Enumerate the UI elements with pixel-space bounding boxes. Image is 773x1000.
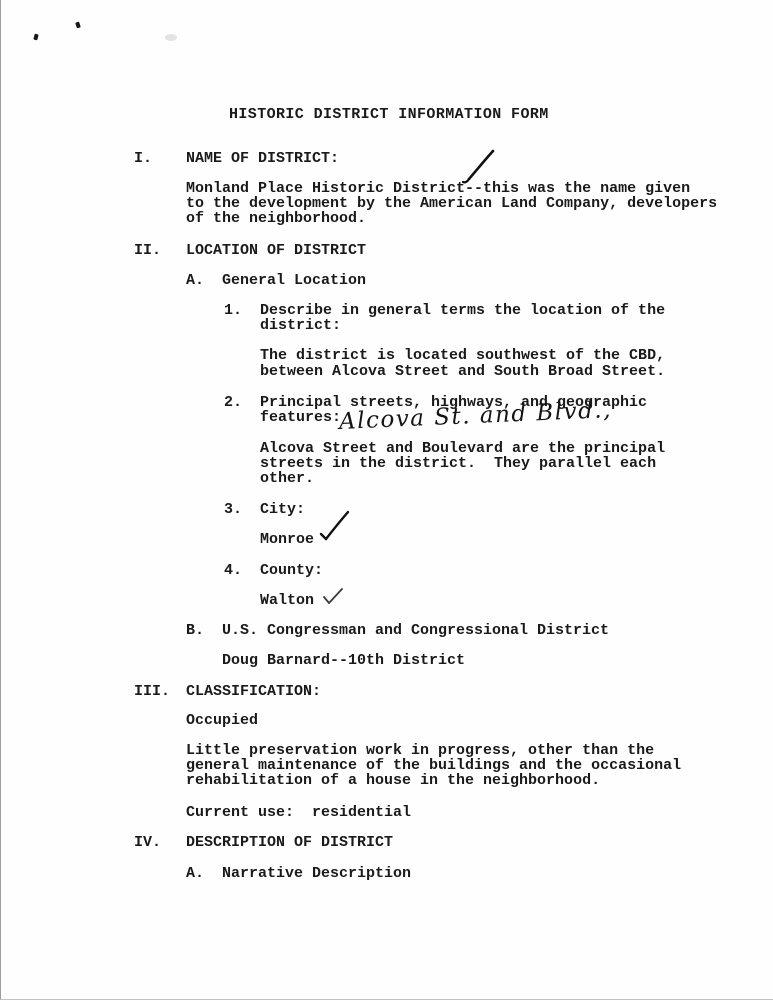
section-heading: DESCRIPTION OF DISTRICT xyxy=(186,835,393,851)
answer-line: Monroe xyxy=(260,532,314,548)
list-item-line: City: xyxy=(260,502,305,518)
answer-line: between Alcova Street and South Broad St… xyxy=(260,364,665,380)
answer-line: The district is located southwest of the… xyxy=(260,348,665,364)
section-number: I. xyxy=(134,151,152,167)
answer-line: Walton xyxy=(260,593,314,609)
handwritten-checkmark-icon xyxy=(321,586,345,606)
section-number: III. xyxy=(134,684,170,700)
subsection-heading: U.S. Congressman and Congressional Distr… xyxy=(222,623,609,639)
handwritten-checkmark-icon xyxy=(317,508,351,542)
list-item-line: district: xyxy=(260,318,341,334)
answer-line: streets in the district. They parallel e… xyxy=(260,456,656,472)
list-item-line: features: xyxy=(260,410,341,426)
paragraph-line: rehabilitation of a house in the neighbo… xyxy=(186,773,600,789)
subsection-letter: A. xyxy=(186,273,204,289)
section-heading: CLASSIFICATION: xyxy=(186,684,321,700)
ink-speck xyxy=(33,34,38,41)
paragraph-line: Current use: residential xyxy=(186,805,411,821)
scan-smudge xyxy=(165,34,177,41)
subsection-heading: Narrative Description xyxy=(222,866,411,882)
section-number: II. xyxy=(134,243,161,259)
section-number: IV. xyxy=(134,835,161,851)
list-item-number: 3. xyxy=(224,502,242,518)
document-page: HISTORIC DISTRICT INFORMATION FORM I. NA… xyxy=(0,0,773,1000)
list-item-number: 1. xyxy=(224,303,242,319)
list-item-number: 2. xyxy=(224,395,242,411)
subsection-letter: A. xyxy=(186,866,204,882)
answer-line: other. xyxy=(260,471,314,487)
subsection-letter: B. xyxy=(186,623,204,639)
ink-speck xyxy=(75,22,81,29)
subsection-heading: General Location xyxy=(222,273,366,289)
section-heading: LOCATION OF DISTRICT xyxy=(186,243,366,259)
paragraph-line: Occupied xyxy=(186,713,258,729)
list-item-line: County: xyxy=(260,563,323,579)
section-heading: NAME OF DISTRICT: xyxy=(186,151,339,167)
list-item-number: 4. xyxy=(224,563,242,579)
paragraph-line: of the neighborhood. xyxy=(186,211,366,227)
answer-line: Doug Barnard--10th District xyxy=(222,653,465,669)
page-title: HISTORIC DISTRICT INFORMATION FORM xyxy=(229,107,549,123)
